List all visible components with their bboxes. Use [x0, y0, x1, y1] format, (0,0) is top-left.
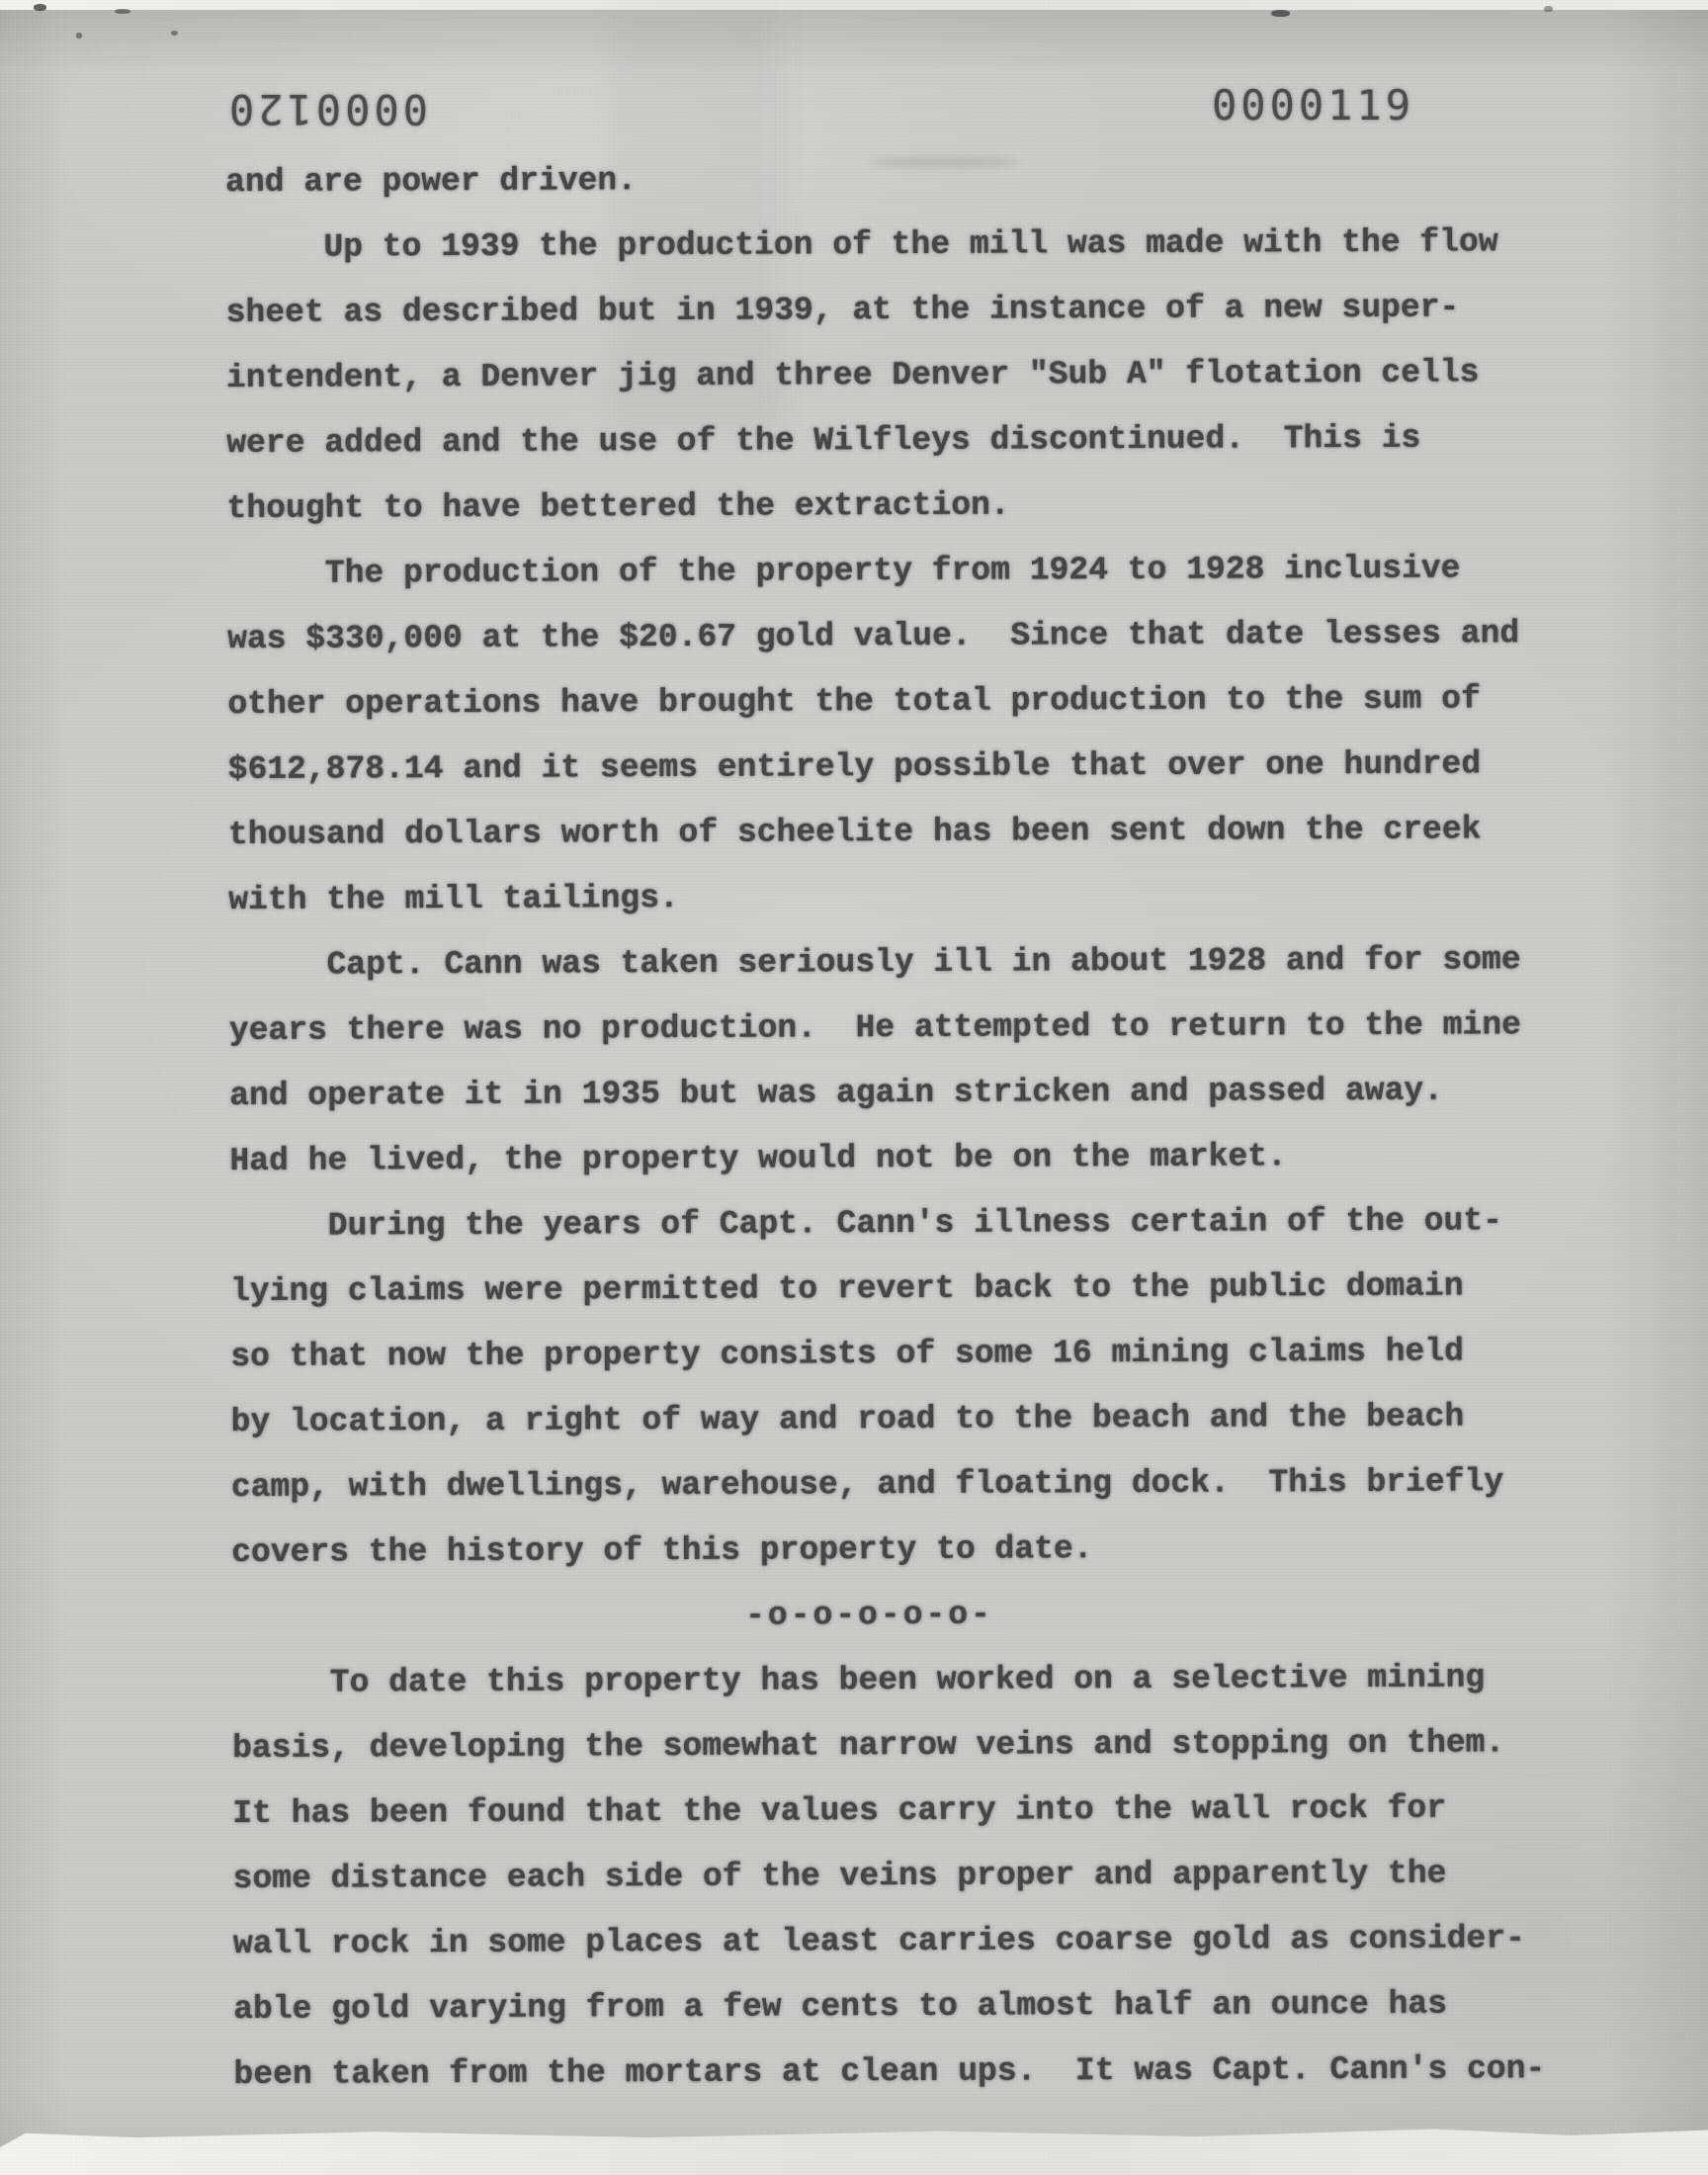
- text-line: thought to have bettered the extraction.: [226, 471, 1557, 542]
- page-number-stamp-upside-down: 0000120: [225, 85, 428, 133]
- text-line: some distance each side of the veins pro…: [232, 1841, 1563, 1912]
- text-line: Capt. Cann was taken seriously ill in ab…: [228, 927, 1559, 999]
- page-number-stamp: 0000119: [1212, 81, 1414, 130]
- text-line: The production of the property from 1924…: [227, 536, 1558, 607]
- scan-speck: [115, 9, 130, 14]
- text-line: was $330,000 at the $20.67 gold value. S…: [227, 601, 1558, 672]
- text-line: Up to 1939 the production of the mill wa…: [225, 210, 1556, 281]
- scan-speck: [76, 33, 82, 39]
- text-line: years there was no production. He attemp…: [229, 993, 1560, 1064]
- text-line: wall rock in some places at least carrie…: [233, 1906, 1564, 1977]
- text-line: been taken from the mortars at clean ups…: [233, 2037, 1564, 2108]
- text-line: were added and the use of the Wilfleys d…: [226, 405, 1557, 477]
- text-line: $612,878.14 and it seems entirely possib…: [228, 732, 1559, 803]
- text-line: other operations have brought the total …: [227, 666, 1558, 738]
- text-line: intendent, a Denver jig and three Denver…: [226, 340, 1557, 411]
- section-separator: -o-o-o-o-o-: [204, 1580, 1534, 1651]
- text-line: Had he lived, the property would not be …: [229, 1123, 1560, 1194]
- scanned-page: 0000120 0000119 and are power driven.Up …: [0, 0, 1708, 2175]
- scan-speck: [1544, 6, 1553, 12]
- document-body: and are power driven.Up to 1939 the prod…: [225, 144, 1565, 2108]
- text-line: able gold varying from a few cents to al…: [233, 1971, 1564, 2043]
- text-line: camp, with dwellings, warehouse, and flo…: [231, 1449, 1562, 1521]
- text-line: During the years of Capt. Cann's illness…: [230, 1188, 1561, 1260]
- text-line: and operate it in 1935 but was again str…: [229, 1058, 1560, 1129]
- text-line: and are power driven.: [225, 144, 1556, 216]
- text-line: by location, a right of way and road to …: [230, 1384, 1561, 1455]
- text-line: with the mill tailings.: [228, 862, 1559, 933]
- text-line: To date this property has been worked on…: [232, 1645, 1563, 1716]
- text-line: sheet as described but in 1939, at the i…: [226, 275, 1557, 346]
- text-line: lying claims were permitted to revert ba…: [230, 1254, 1561, 1325]
- text-line: thousand dollars worth of scheelite has …: [228, 797, 1559, 868]
- text-line: so that now the property consists of som…: [230, 1319, 1561, 1390]
- text-line: It has been found that the values carry …: [232, 1776, 1563, 1847]
- scan-speck: [34, 4, 46, 11]
- text-line: covers the history of this property to d…: [231, 1515, 1562, 1586]
- scan-speck: [1271, 10, 1290, 17]
- scan-speck: [171, 31, 178, 36]
- text-line: basis, developing the somewhat narrow ve…: [232, 1710, 1563, 1782]
